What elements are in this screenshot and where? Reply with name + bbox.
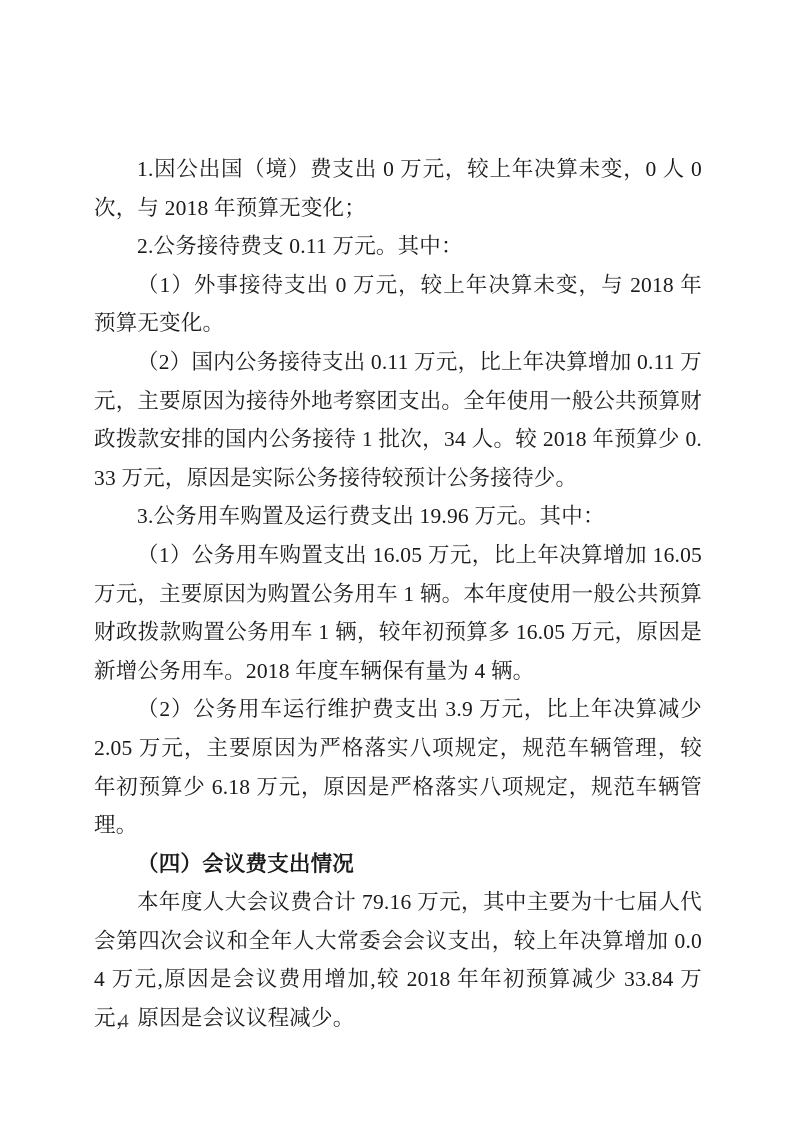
page-number: - 4 - [102,1008,149,1036]
document-page: 1.因公出国（境）费支出 0 万元，较上年决算未变，0 人 0 次，与 2018… [0,0,793,1122]
para-vehicle-operation-detail: （2）公务用车运行维护费支出 3.9 万元，比上年决算减少 2.05 万元，主要… [94,690,702,844]
para-official-reception-total: 2.公务接待费支 0.11 万元。其中： [94,227,702,266]
heading-meeting-fee-section: （四）会议费支出情况 [94,845,702,884]
para-vehicle-purchase-detail: （1）公务用车购置支出 16.05 万元，比上年决算增加 16.05 万元，主要… [94,536,702,690]
para-meeting-fee-detail: 本年度人大会议费合计 79.16 万元，其中主要为十七届人代会第四次会议和全年人… [94,883,702,1037]
document-body: 1.因公出国（境）费支出 0 万元，较上年决算未变，0 人 0 次，与 2018… [94,150,702,1038]
para-official-vehicle-total: 3.公务用车购置及运行费支出 19.96 万元。其中： [94,497,702,536]
para-overseas-trip-expense: 1.因公出国（境）费支出 0 万元，较上年决算未变，0 人 0 次，与 2018… [94,150,702,227]
para-foreign-affairs-reception: （1）外事接待支出 0 万元，较上年决算未变，与 2018 年预算无变化。 [94,266,702,343]
para-domestic-reception-detail: （2）国内公务接待支出 0.11 万元，比上年决算增加 0.11 万元，主要原因… [94,343,702,497]
